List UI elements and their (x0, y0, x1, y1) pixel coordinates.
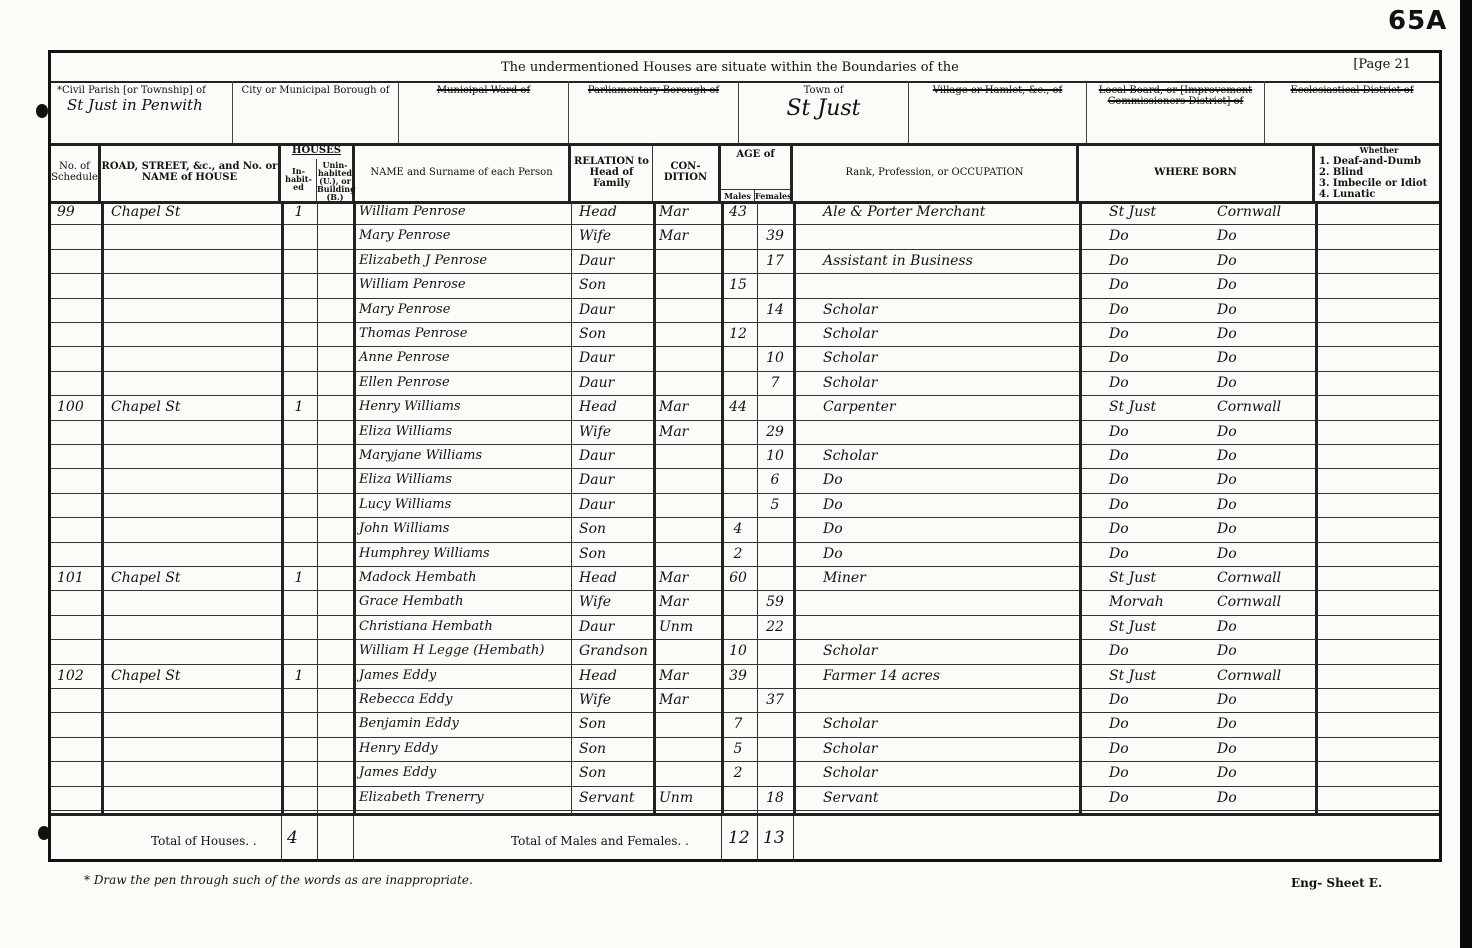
schedule-cell (51, 640, 101, 663)
name-cell: William H Legge (Hembath) (355, 640, 571, 663)
occupation-cell: Scholar (793, 713, 1079, 736)
town-label: Town of (739, 85, 908, 96)
female-age-cell: 29 (757, 421, 793, 444)
female-age-cell: 7 (757, 372, 793, 395)
condition-cell (653, 518, 721, 541)
name-cell: Elizabeth J Penrose (355, 250, 571, 273)
born-county-cell: Cornwall (1197, 665, 1315, 688)
road-cell (101, 640, 281, 663)
civil-parish-label: *Civil Parish [or Township] of (57, 85, 232, 96)
column-rule (653, 201, 656, 813)
born-county-cell: Do (1197, 469, 1315, 492)
folio-number: 65A (1388, 6, 1447, 36)
born-county-cell: Cornwall (1197, 201, 1315, 224)
scan-edge (1460, 0, 1472, 948)
road-cell (101, 299, 281, 322)
header-age: AGE of Males Females (721, 143, 793, 201)
condition-cell: Mar (653, 665, 721, 688)
male-age-cell: 39 (721, 665, 755, 688)
relation-cell: Head (571, 665, 653, 688)
occupation-cell: Ale & Porter Merchant (793, 201, 1079, 224)
table-row: Ellen PenroseDaur7ScholarDoDo (51, 372, 1439, 396)
header-houses-label: HOUSES (292, 145, 341, 156)
name-cell: James Eddy (355, 665, 571, 688)
female-age-cell: 22 (757, 616, 793, 639)
total-houses-value: 4 (287, 828, 298, 848)
female-age-cell (757, 274, 793, 297)
male-age-cell (721, 421, 755, 444)
born-county-cell: Do (1197, 518, 1315, 541)
schedule-cell (51, 469, 101, 492)
occupation-cell: Assistant in Business (793, 250, 1079, 273)
municipal-ward-label: Municipal Ward of (399, 85, 568, 96)
schedule-cell (51, 421, 101, 444)
inhabited-cell (281, 469, 317, 492)
table-row: Humphrey WilliamsSon2DoDoDo (51, 543, 1439, 567)
occupation-cell (793, 591, 1079, 614)
road-cell (101, 616, 281, 639)
inhabited-cell (281, 250, 317, 273)
schedule-cell (51, 689, 101, 712)
header-age-label: AGE of (736, 149, 774, 160)
town-cell: Town of St Just (739, 81, 909, 143)
municipal-ward-cell: Municipal Ward of (399, 81, 569, 143)
occupation-cell: Do (793, 469, 1079, 492)
page-number: [Page 21 (1353, 57, 1411, 72)
schedule-cell (51, 713, 101, 736)
table-row: Elizabeth TrenerryServantUnm18ServantDoD… (51, 787, 1439, 811)
schedule-cell (51, 347, 101, 370)
female-age-cell: 17 (757, 250, 793, 273)
table-row: Rebecca EddyWifeMar37DoDo (51, 689, 1439, 713)
boundary-row: *Civil Parish [or Township] of St Just i… (51, 81, 1439, 146)
column-rule (757, 201, 758, 813)
occupation-cell (793, 689, 1079, 712)
table-row: Eliza WilliamsWifeMar29DoDo (51, 421, 1439, 445)
female-age-cell (757, 762, 793, 785)
occupation-cell: Servant (793, 787, 1079, 810)
name-cell: Eliza Williams (355, 469, 571, 492)
condition-cell: Mar (653, 689, 721, 712)
male-age-cell: 12 (721, 323, 755, 346)
header-males: Males (721, 189, 755, 201)
inhabited-cell (281, 421, 317, 444)
parliamentary-borough-label: Parliamentary Borough of (569, 85, 738, 96)
schedule-cell (51, 274, 101, 297)
born-county-cell: Do (1197, 738, 1315, 761)
born-county-cell: Do (1197, 250, 1315, 273)
born-county-cell: Do (1197, 421, 1315, 444)
name-cell: Mary Penrose (355, 225, 571, 248)
name-cell: Christiana Hembath (355, 616, 571, 639)
inhabited-cell: 1 (281, 665, 317, 688)
condition-cell (653, 299, 721, 322)
male-age-cell: 15 (721, 274, 755, 297)
table-row: William PenroseSon15DoDo (51, 274, 1439, 298)
male-age-cell: 43 (721, 201, 755, 224)
female-age-cell (757, 640, 793, 663)
header-infirmity-4: 4. Lunatic (1319, 189, 1375, 200)
inhabited-cell (281, 738, 317, 761)
relation-cell: Wife (571, 225, 653, 248)
born-place-cell: Do (1079, 518, 1197, 541)
occupation-cell: Do (793, 518, 1079, 541)
female-age-cell: 6 (757, 469, 793, 492)
born-county-cell: Do (1197, 323, 1315, 346)
inhabited-cell (281, 591, 317, 614)
condition-cell: Mar (653, 591, 721, 614)
schedule-cell (51, 323, 101, 346)
inhabited-cell (281, 225, 317, 248)
road-cell (101, 469, 281, 492)
born-place-cell: Do (1079, 787, 1197, 810)
born-county-cell: Do (1197, 372, 1315, 395)
town-value: St Just (739, 96, 908, 121)
footnote: * Draw the pen through such of the words… (84, 873, 473, 887)
male-age-cell (721, 469, 755, 492)
occupation-cell (793, 616, 1079, 639)
name-cell: Madock Hembath (355, 567, 571, 590)
born-place-cell: Do (1079, 421, 1197, 444)
road-cell (101, 421, 281, 444)
male-age-cell (721, 372, 755, 395)
relation-cell: Daur (571, 469, 653, 492)
schedule-cell (51, 299, 101, 322)
road-cell (101, 713, 281, 736)
relation-cell: Wife (571, 591, 653, 614)
table-row: Anne PenroseDaur10ScholarDoDo (51, 347, 1439, 371)
condition-cell: Unm (653, 787, 721, 810)
inhabited-cell (281, 518, 317, 541)
table-row: 102Chapel St1James EddyHeadMar39Farmer 1… (51, 665, 1439, 689)
name-cell: Maryjane Williams (355, 445, 571, 468)
header-infirmity: Whether 1. Deaf-and-Dumb 2. Blind 3. Imb… (1315, 143, 1439, 201)
total-males-value: 12 (728, 828, 750, 848)
table-row: Lucy WilliamsDaur5DoDoDo (51, 494, 1439, 518)
female-age-cell (757, 738, 793, 761)
condition-cell: Mar (653, 396, 721, 419)
male-age-cell: 7 (721, 713, 755, 736)
header-condition: CON-DITION (653, 143, 721, 201)
occupation-cell: Scholar (793, 640, 1079, 663)
road-cell (101, 762, 281, 785)
born-place-cell: Do (1079, 372, 1197, 395)
table-row: Eliza WilliamsDaur6DoDoDo (51, 469, 1439, 493)
table-row: Benjamin EddySon7ScholarDoDo (51, 713, 1439, 737)
female-age-cell (757, 713, 793, 736)
occupation-cell: Scholar (793, 347, 1079, 370)
header-inhabited: In-habit-ed (281, 159, 317, 201)
born-place-cell: Do (1079, 323, 1197, 346)
relation-cell: Head (571, 567, 653, 590)
relation-cell: Head (571, 201, 653, 224)
table-row: Christiana HembathDaurUnm22St JustDo (51, 616, 1439, 640)
occupation-cell (793, 274, 1079, 297)
born-place-cell: Do (1079, 713, 1197, 736)
totals-row: Total of Houses. . 4 Total of Males and … (51, 813, 1439, 862)
road-cell (101, 323, 281, 346)
born-county-cell: Do (1197, 274, 1315, 297)
sheet-label: Eng- Sheet E. (1291, 876, 1382, 890)
born-county-cell: Do (1197, 299, 1315, 322)
table-row: John WilliamsSon4DoDoDo (51, 518, 1439, 542)
occupation-cell: Do (793, 494, 1079, 517)
table-row: Maryjane WilliamsDaur10ScholarDoDo (51, 445, 1439, 469)
inhabited-cell (281, 299, 317, 322)
form-title: The undermentioned Houses are situate wi… (501, 60, 959, 75)
relation-cell: Son (571, 518, 653, 541)
header-females: Females (755, 189, 791, 201)
condition-cell (653, 543, 721, 566)
total-houses-label: Total of Houses. . (151, 834, 257, 848)
village-label: Village or Hamlet, &c., of (909, 85, 1086, 96)
schedule-cell (51, 543, 101, 566)
inhabited-cell (281, 274, 317, 297)
born-place-cell: Do (1079, 225, 1197, 248)
inhabited-cell: 1 (281, 201, 317, 224)
header-infirmity-3: 3. Imbecile or Idiot (1319, 178, 1427, 189)
relation-cell: Daur (571, 347, 653, 370)
female-age-cell (757, 665, 793, 688)
road-cell (101, 445, 281, 468)
born-place-cell: Do (1079, 640, 1197, 663)
male-age-cell (721, 689, 755, 712)
male-age-cell (721, 347, 755, 370)
header-name: NAME and Surname of each Person (355, 143, 571, 201)
road-cell (101, 274, 281, 297)
born-county-cell: Cornwall (1197, 396, 1315, 419)
relation-cell: Daur (571, 372, 653, 395)
condition-cell (653, 762, 721, 785)
schedule-cell (51, 372, 101, 395)
ink-blot (36, 104, 48, 118)
parliamentary-borough-cell: Parliamentary Borough of (569, 81, 739, 143)
census-page: 65A The undermentioned Houses are situat… (0, 0, 1462, 948)
table-row: 101Chapel St1Madock HembathHeadMar60Mine… (51, 567, 1439, 591)
schedule-cell: 99 (51, 201, 101, 224)
name-cell: Humphrey Williams (355, 543, 571, 566)
schedule-cell (51, 445, 101, 468)
born-place-cell: Do (1079, 738, 1197, 761)
road-cell: Chapel St (101, 201, 281, 224)
road-cell (101, 250, 281, 273)
road-cell: Chapel St (101, 396, 281, 419)
occupation-cell: Do (793, 543, 1079, 566)
road-cell (101, 225, 281, 248)
table-row: 100Chapel St1Henry WilliamsHeadMar44Carp… (51, 396, 1439, 420)
inhabited-cell: 1 (281, 396, 317, 419)
occupation-cell (793, 225, 1079, 248)
born-county-cell: Do (1197, 616, 1315, 639)
header-relation: RELATION to Head of Family (571, 143, 653, 201)
occupation-cell: Scholar (793, 323, 1079, 346)
inhabited-cell (281, 445, 317, 468)
name-cell: John Williams (355, 518, 571, 541)
condition-cell: Mar (653, 201, 721, 224)
female-age-cell: 14 (757, 299, 793, 322)
municipal-borough-label: City or Municipal Borough of (233, 85, 398, 96)
title-row: The undermentioned Houses are situate wi… (51, 53, 1439, 83)
name-cell: Anne Penrose (355, 347, 571, 370)
condition-cell: Unm (653, 616, 721, 639)
male-age-cell: 60 (721, 567, 755, 590)
schedule-cell (51, 591, 101, 614)
occupation-cell: Scholar (793, 372, 1079, 395)
table-row: 99Chapel St1William PenroseHeadMar43Ale … (51, 201, 1439, 225)
relation-cell: Head (571, 396, 653, 419)
condition-cell (653, 713, 721, 736)
village-cell: Village or Hamlet, &c., of (909, 81, 1087, 143)
header-houses: HOUSES In-habit-ed Unin-habited (U.), or… (281, 143, 355, 201)
born-county-cell: Do (1197, 640, 1315, 663)
name-cell: Rebecca Eddy (355, 689, 571, 712)
male-age-cell: 4 (721, 518, 755, 541)
born-place-cell: Do (1079, 469, 1197, 492)
condition-cell (653, 494, 721, 517)
road-cell (101, 738, 281, 761)
female-age-cell: 5 (757, 494, 793, 517)
relation-cell: Son (571, 543, 653, 566)
male-age-cell (721, 616, 755, 639)
relation-cell: Daur (571, 445, 653, 468)
male-age-cell (721, 445, 755, 468)
born-county-cell: Do (1197, 347, 1315, 370)
born-place-cell: Do (1079, 274, 1197, 297)
name-cell: Lucy Williams (355, 494, 571, 517)
occupation-cell: Miner (793, 567, 1079, 590)
schedule-cell (51, 762, 101, 785)
ecclesiastical-district-label: Ecclesiastical District of (1265, 85, 1439, 96)
schedule-cell: 101 (51, 567, 101, 590)
occupation-cell: Scholar (793, 445, 1079, 468)
relation-cell: Grandson (571, 640, 653, 663)
female-age-cell: 59 (757, 591, 793, 614)
born-place-cell: Do (1079, 689, 1197, 712)
relation-cell: Son (571, 738, 653, 761)
header-schedule: No. of Schedule (51, 143, 101, 201)
male-age-cell: 5 (721, 738, 755, 761)
header-occupation: Rank, Profession, or OCCUPATION (793, 143, 1079, 201)
male-age-cell: 10 (721, 640, 755, 663)
occupation-cell (793, 421, 1079, 444)
relation-cell: Son (571, 323, 653, 346)
condition-cell (653, 640, 721, 663)
column-header-row: No. of Schedule ROAD, STREET, &c., and N… (51, 143, 1439, 204)
condition-cell (653, 323, 721, 346)
column-rule (571, 201, 572, 813)
condition-cell (653, 738, 721, 761)
column-rule (1315, 201, 1318, 813)
column-rule (353, 201, 356, 813)
table-row: Elizabeth J PenroseDaur17Assistant in Bu… (51, 250, 1439, 274)
female-age-cell: 10 (757, 347, 793, 370)
relation-cell: Son (571, 274, 653, 297)
relation-cell: Wife (571, 421, 653, 444)
table-row: Mary PenroseWifeMar39DoDo (51, 225, 1439, 249)
schedule-cell (51, 518, 101, 541)
male-age-cell (721, 591, 755, 614)
header-where-born: WHERE BORN (1079, 143, 1315, 201)
inhabited-cell (281, 372, 317, 395)
name-cell: Benjamin Eddy (355, 713, 571, 736)
condition-cell (653, 372, 721, 395)
born-county-cell: Cornwall (1197, 567, 1315, 590)
condition-cell: Mar (653, 421, 721, 444)
female-age-cell (757, 323, 793, 346)
civil-parish-cell: *Civil Parish [or Township] of St Just i… (51, 81, 233, 143)
civil-parish-value: St Just in Penwith (67, 96, 232, 114)
header-infirmity-title: Whether (1360, 145, 1399, 156)
header-uninhabited: Unin-habited (U.), or Building (B.) (317, 159, 353, 201)
male-age-cell (721, 299, 755, 322)
occupation-cell: Farmer 14 acres (793, 665, 1079, 688)
male-age-cell: 2 (721, 762, 755, 785)
road-cell (101, 372, 281, 395)
census-form: The undermentioned Houses are situate wi… (48, 50, 1442, 862)
born-place-cell: Do (1079, 494, 1197, 517)
name-cell: Elizabeth Trenerry (355, 787, 571, 810)
total-females-value: 13 (763, 828, 785, 848)
schedule-cell (51, 494, 101, 517)
name-cell: William Penrose (355, 274, 571, 297)
relation-cell: Daur (571, 494, 653, 517)
female-age-cell: 10 (757, 445, 793, 468)
inhabited-cell (281, 347, 317, 370)
born-place-cell: Do (1079, 762, 1197, 785)
relation-cell: Daur (571, 616, 653, 639)
born-place-cell: St Just (1079, 396, 1197, 419)
born-place-cell: Do (1079, 250, 1197, 273)
born-county-cell: Do (1197, 445, 1315, 468)
relation-cell: Daur (571, 299, 653, 322)
female-age-cell: 18 (757, 787, 793, 810)
schedule-cell (51, 616, 101, 639)
inhabited-cell (281, 689, 317, 712)
male-age-cell (721, 250, 755, 273)
column-rule (281, 201, 284, 813)
column-rule (793, 201, 796, 813)
column-rule (317, 201, 318, 813)
schedule-cell (51, 738, 101, 761)
road-cell: Chapel St (101, 665, 281, 688)
condition-cell (653, 469, 721, 492)
condition-cell (653, 347, 721, 370)
female-age-cell (757, 543, 793, 566)
name-cell: Henry Williams (355, 396, 571, 419)
header-infirmity-1: 1. Deaf-and-Dumb (1319, 156, 1421, 167)
column-rule (1079, 201, 1082, 813)
born-county-cell: Do (1197, 543, 1315, 566)
local-board-cell: Local Board, or [Improvement Commissione… (1087, 81, 1265, 143)
name-cell: Thomas Penrose (355, 323, 571, 346)
road-cell (101, 494, 281, 517)
condition-cell (653, 274, 721, 297)
born-place-cell: St Just (1079, 616, 1197, 639)
road-cell (101, 543, 281, 566)
inhabited-cell (281, 323, 317, 346)
schedule-cell (51, 225, 101, 248)
born-county-cell: Do (1197, 689, 1315, 712)
condition-cell (653, 445, 721, 468)
male-age-cell (721, 787, 755, 810)
female-age-cell: 39 (757, 225, 793, 248)
table-row: Grace HembathWifeMar59MorvahCornwall (51, 591, 1439, 615)
born-county-cell: Do (1197, 494, 1315, 517)
inhabited-cell (281, 762, 317, 785)
local-board-label: Local Board, or [Improvement Commissione… (1087, 85, 1264, 107)
relation-cell: Son (571, 713, 653, 736)
born-place-cell: Do (1079, 543, 1197, 566)
